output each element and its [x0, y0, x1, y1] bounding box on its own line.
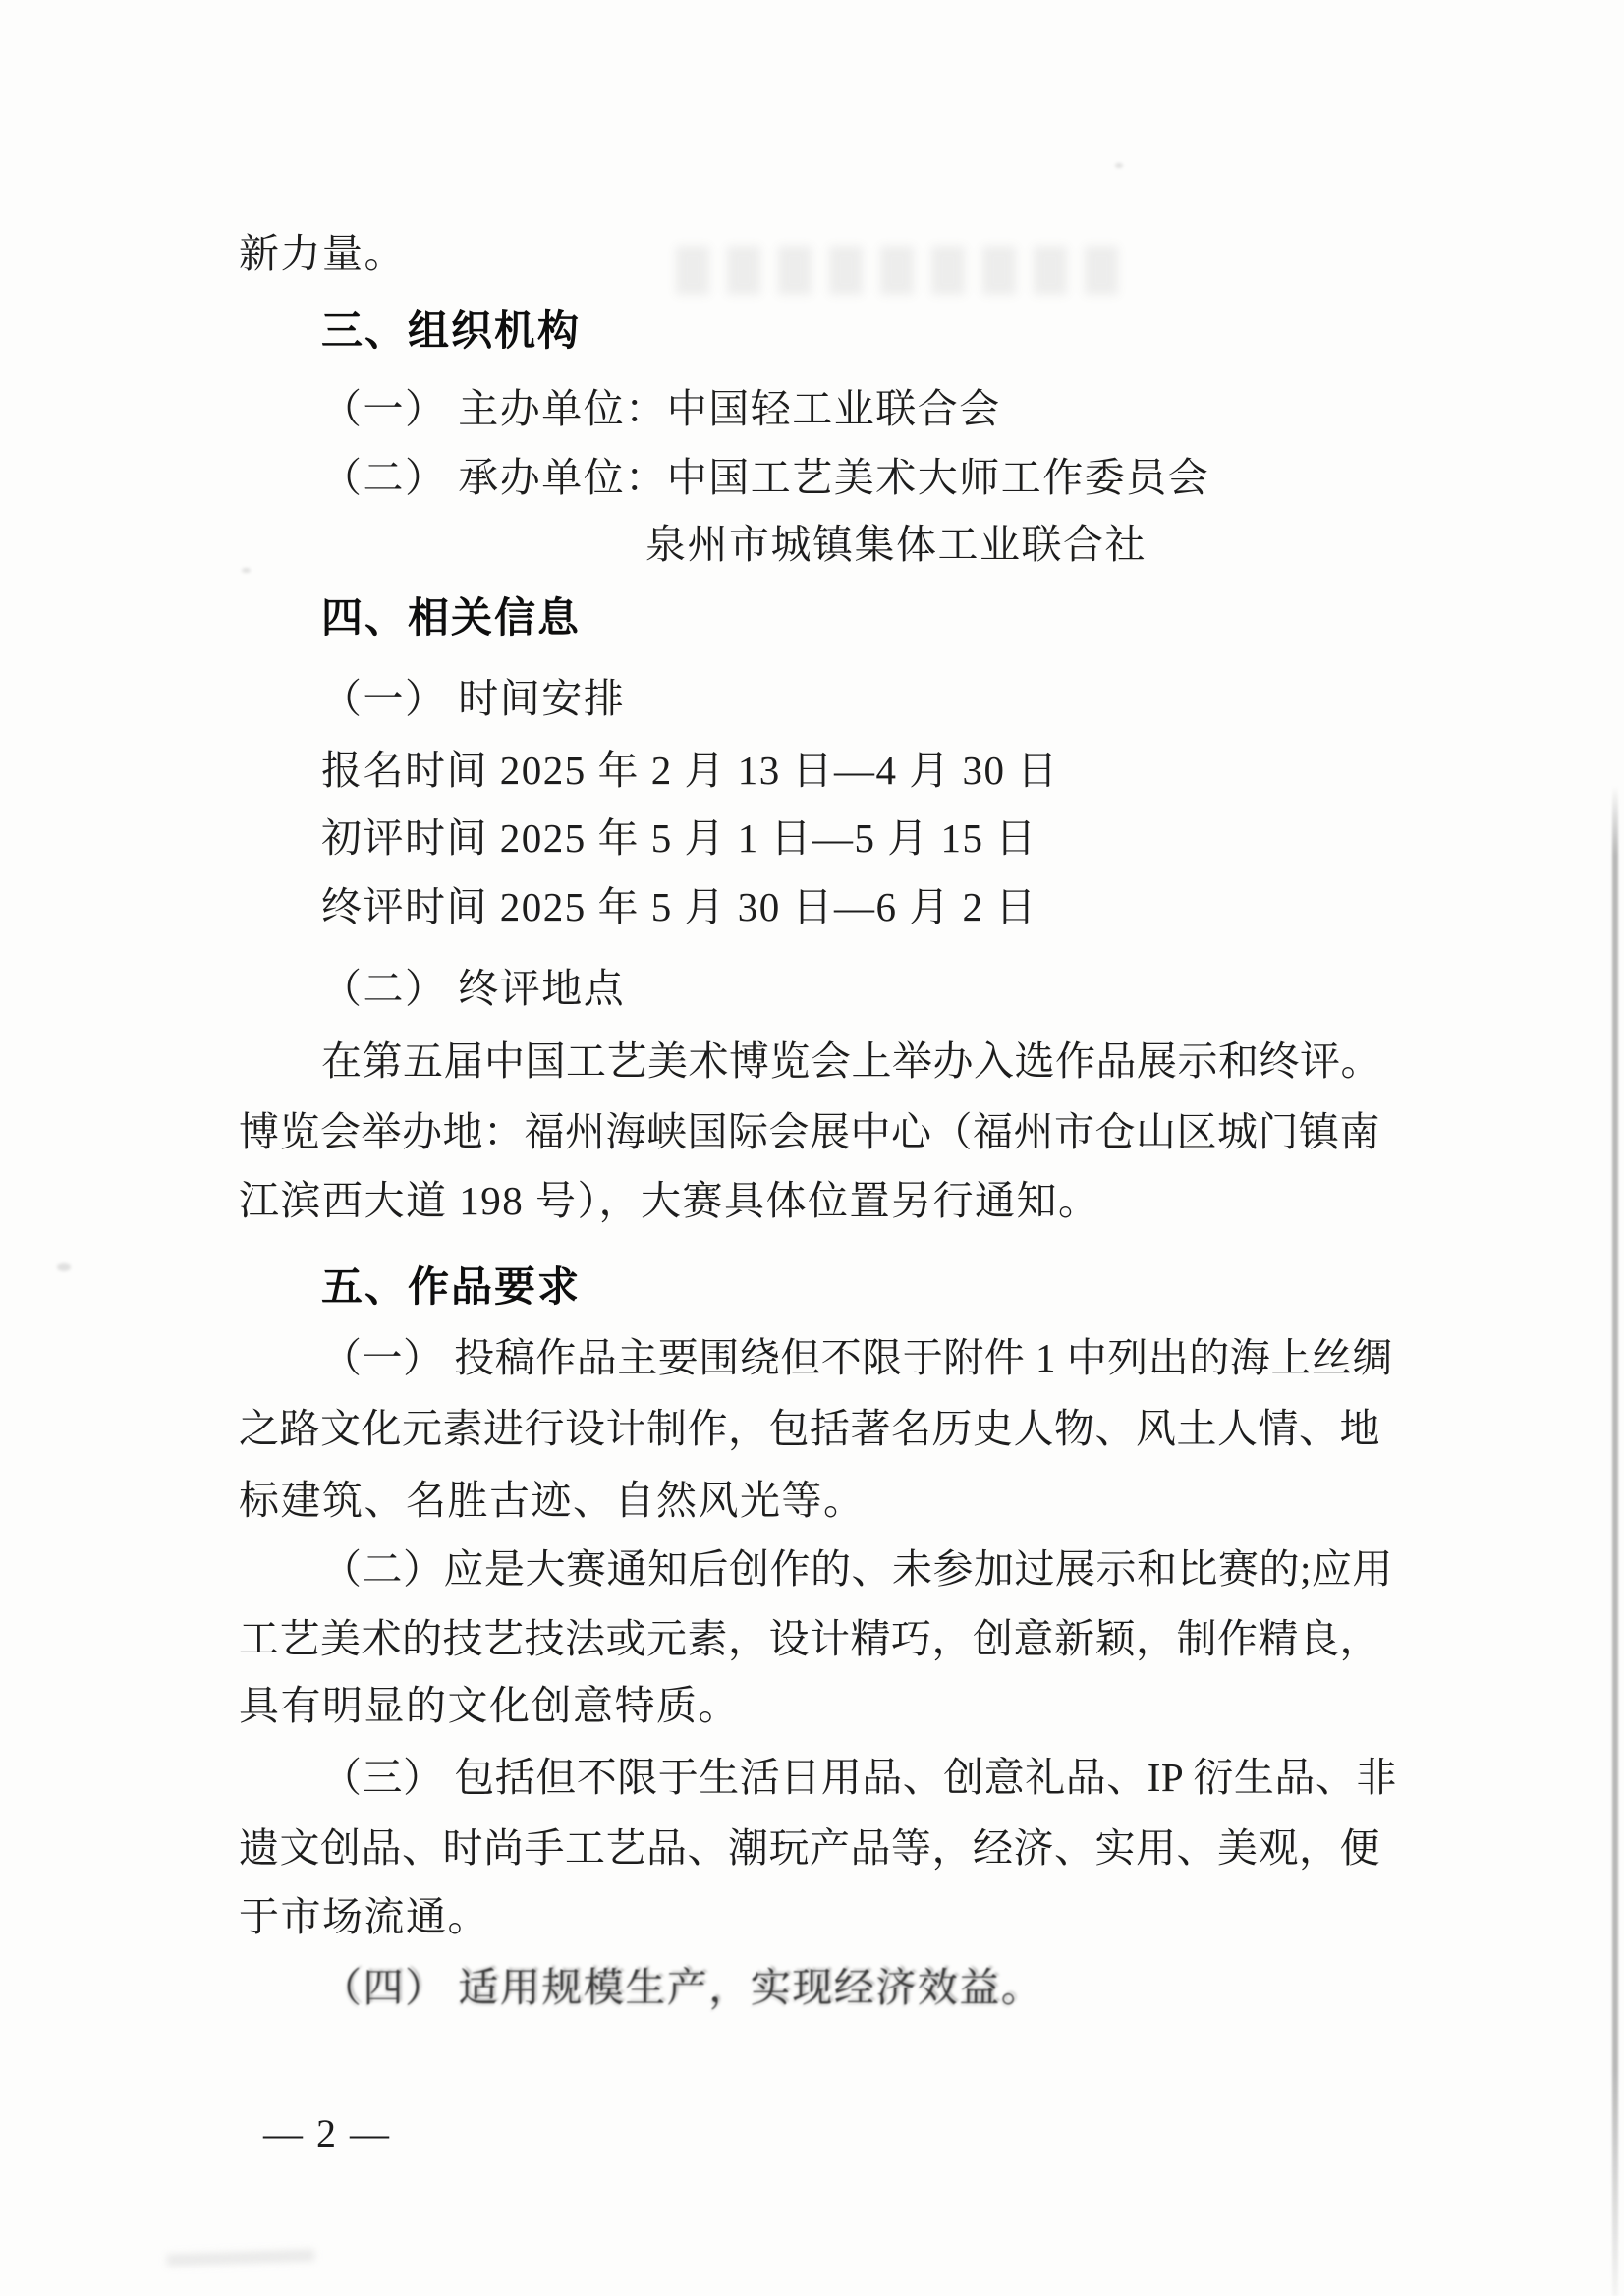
- line-final-review-time: 终评时间 2025 年 5 月 30 日—6 月 2 日: [239, 872, 1037, 941]
- line-subheading-time-schedule: （一） 时间安排: [239, 664, 625, 733]
- line-venue-text-2: 博览会举办地：福州海峡国际会展中心（福州市仓山区城门镇南: [239, 1097, 1373, 1166]
- line-requirement-1b: 之路文化元素进行设计制作，包括著名历史人物、风土人情、地: [239, 1394, 1373, 1463]
- page-number: — 2 —: [263, 2100, 391, 2168]
- scan-speck: [1115, 163, 1123, 168]
- line-preliminary-review-time: 初评时间 2025 年 5 月 1 日—5 月 15 日: [239, 804, 1037, 872]
- section-heading-related-info: 四、相关信息: [239, 584, 581, 652]
- scan-speck: [57, 1263, 71, 1271]
- line-venue-text-1: 在第五届中国工艺美术博览会上举办入选作品展示和终评。: [239, 1027, 1373, 1095]
- line-subheading-final-venue: （二） 终评地点: [239, 954, 625, 1023]
- section-heading-work-requirements: 五、作品要求: [239, 1253, 581, 1321]
- line-registration-time: 报名时间 2025 年 2 月 13 日—4 月 30 日: [239, 736, 1059, 805]
- line-requirement-3c: 于市场流通。: [239, 1882, 489, 1951]
- line-requirement-2c: 具有明显的文化创意特质。: [239, 1671, 740, 1740]
- line-requirement-1c: 标建筑、名胜古迹、自然风光等。: [239, 1466, 866, 1535]
- line-requirement-2a: （二）应是大赛通知后创作的、未参加过展示和比赛的;应用: [239, 1535, 1373, 1603]
- paragraph-tail-new-strength: 新力量。: [239, 219, 406, 288]
- line-requirement-1a: （一） 投稿作品主要围绕但不限于附件 1 中列出的海上丝绸: [239, 1323, 1373, 1392]
- bleed-through-ghost-text: [676, 246, 1120, 295]
- scanned-document-page: 新力量。 三、组织机构 （一） 主办单位：中国轻工业联合会 （二） 承办单位：中…: [0, 0, 1624, 2296]
- line-organizer-unit: （二） 承办单位：中国工艺美术大师工作委员会: [239, 443, 1209, 512]
- line-requirement-4: （四） 适用规模生产，实现经济效益。: [239, 1953, 1042, 2022]
- scan-streak: [167, 2249, 314, 2266]
- line-host-unit: （一） 主办单位：中国轻工业联合会: [239, 374, 1001, 443]
- scan-speck: [242, 568, 251, 573]
- section-heading-organization: 三、组织机构: [239, 297, 581, 365]
- line-organizer-unit-cont: 泉州市城镇集体工业联合社: [645, 510, 1147, 579]
- line-requirement-3b: 遗文创品、时尚手工艺品、潮玩产品等，经济、实用、美观，便: [239, 1814, 1373, 1882]
- line-requirement-2b: 工艺美术的技艺技法或元素，设计精巧，创意新颖，制作精良，: [239, 1604, 1373, 1673]
- line-requirement-3a: （三） 包括但不限于生活日用品、创意礼品、IP 衍生品、非: [239, 1743, 1373, 1812]
- scan-edge-shadow: [1612, 786, 1618, 2296]
- line-venue-text-3: 江滨西大道 198 号），大赛具体位置另行通知。: [239, 1166, 1100, 1235]
